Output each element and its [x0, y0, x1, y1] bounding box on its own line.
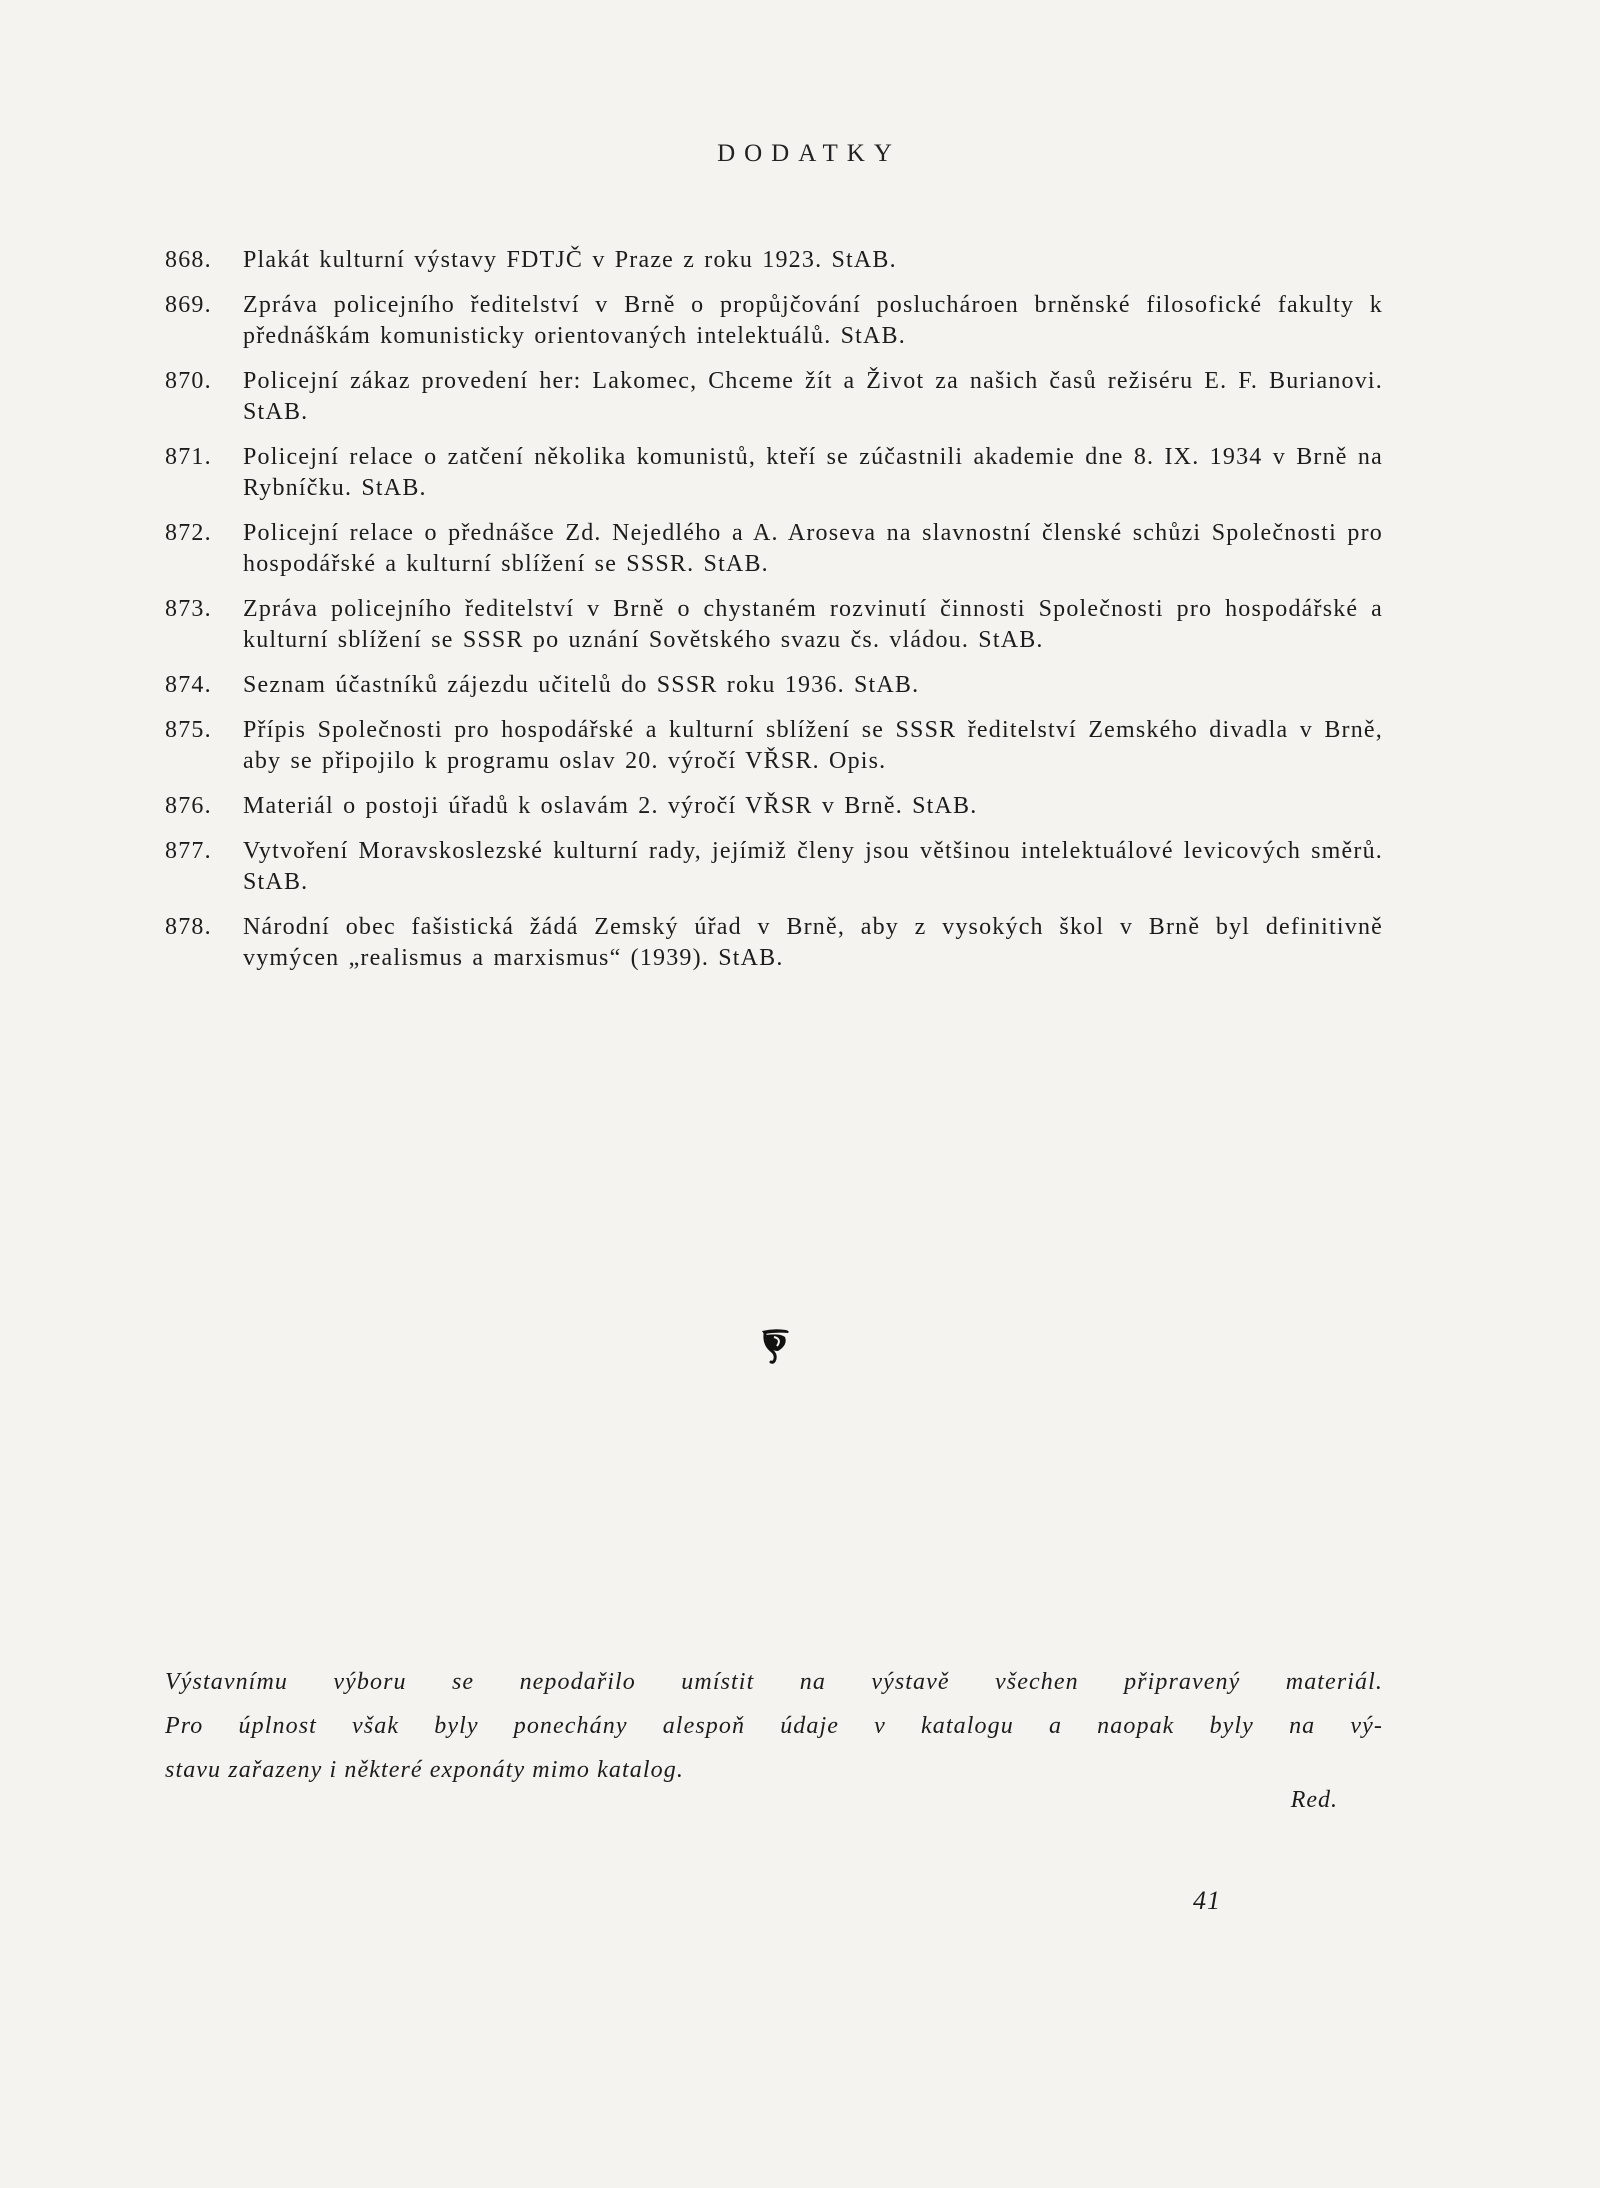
note-line: Výstavnímu výboru se nepodařilo umístit … — [165, 1660, 1383, 1704]
page-heading: DODATKY — [0, 140, 1600, 168]
entry-number: 878. — [165, 912, 243, 943]
editor-signature: Red. — [1291, 1787, 1338, 1814]
entry-text: Policejní relace o přednášce Zd. Nejedlé… — [243, 518, 1383, 580]
entry-number: 874. — [165, 670, 243, 701]
entry-text: Přípis Společnosti pro hospodářské a kul… — [243, 715, 1383, 777]
entry-text: Materiál o postoji úřadů k oslavám 2. vý… — [243, 791, 1383, 822]
page-number: 41 — [1193, 1886, 1221, 1916]
document-page: DODATKY 868. Plakát kulturní výstavy FDT… — [0, 0, 1600, 2188]
note-line: stavu zařazeny i některé exponáty mimo k… — [165, 1748, 1383, 1792]
entry-number: 868. — [165, 245, 243, 276]
entry-number: 872. — [165, 518, 243, 549]
note-line: Pro úplnost však byly ponechány alespoň … — [165, 1704, 1383, 1748]
entry-number: 877. — [165, 836, 243, 867]
entry-list: 868. Plakát kulturní výstavy FDTJČ v Pra… — [165, 245, 1383, 988]
printer-mark-icon — [760, 1325, 796, 1367]
entry-text: Zpráva policejního ředitelství v Brně o … — [243, 594, 1383, 656]
list-item: 875. Přípis Společnosti pro hospodářské … — [165, 715, 1383, 777]
list-item: 877. Vytvoření Moravskoslezské kulturní … — [165, 836, 1383, 898]
entry-number: 871. — [165, 442, 243, 473]
entry-text: Národní obec fašistická žádá Zemský úřad… — [243, 912, 1383, 974]
list-item: 868. Plakát kulturní výstavy FDTJČ v Pra… — [165, 245, 1383, 276]
entry-number: 873. — [165, 594, 243, 625]
list-item: 872. Policejní relace o přednášce Zd. Ne… — [165, 518, 1383, 580]
entry-number: 870. — [165, 366, 243, 397]
list-item: 869. Zpráva policejního ředitelství v Br… — [165, 290, 1383, 352]
list-item: 878. Národní obec fašistická žádá Zemský… — [165, 912, 1383, 974]
list-item: 873. Zpráva policejního ředitelství v Br… — [165, 594, 1383, 656]
list-item: 876. Materiál o postoji úřadů k oslavám … — [165, 791, 1383, 822]
list-item: 871. Policejní relace o zatčení několika… — [165, 442, 1383, 504]
entry-number: 875. — [165, 715, 243, 746]
entry-text: Policejní relace o zatčení několika komu… — [243, 442, 1383, 504]
list-item: 874. Seznam účastníků zájezdu učitelů do… — [165, 670, 1383, 701]
entry-text: Seznam účastníků zájezdu učitelů do SSSR… — [243, 670, 1383, 701]
entry-text: Plakát kulturní výstavy FDTJČ v Praze z … — [243, 245, 1383, 276]
entry-text: Policejní zákaz provedení her: Lakomec, … — [243, 366, 1383, 428]
list-item: 870. Policejní zákaz provedení her: Lako… — [165, 366, 1383, 428]
entry-number: 876. — [165, 791, 243, 822]
editorial-note: Výstavnímu výboru se nepodařilo umístit … — [165, 1660, 1383, 1792]
entry-text: Zpráva policejního ředitelství v Brně o … — [243, 290, 1383, 352]
entry-number: 869. — [165, 290, 243, 321]
entry-text: Vytvoření Moravskoslezské kulturní rady,… — [243, 836, 1383, 898]
